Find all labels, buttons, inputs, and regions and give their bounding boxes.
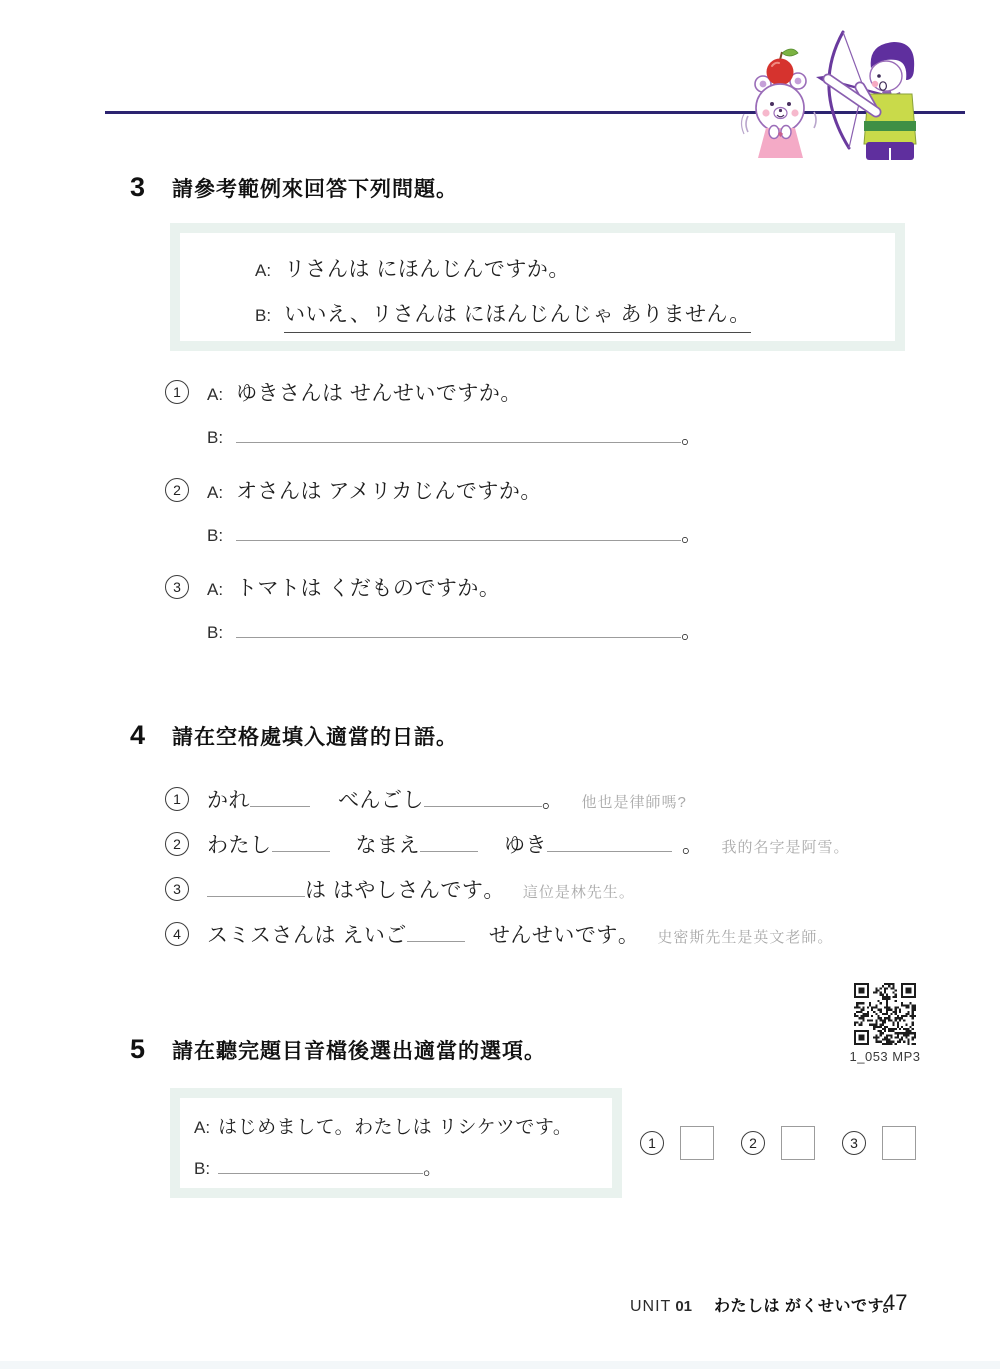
circled-number: 3 (842, 1131, 866, 1155)
answer-blank-line (236, 425, 681, 443)
speaker-a-label: A: (255, 261, 271, 281)
section3-header: 3 請參考範例來回答下列問題。 (130, 172, 458, 203)
answer-checkbox (781, 1126, 815, 1160)
section5-header: 5 請在聽完題目音檔後選出適當的選項。 (130, 1034, 546, 1065)
dialog-text: はじめまして。わたしは リシケツです。 (218, 1112, 572, 1139)
section4-header: 4 請在空格處填入適當的日語。 (130, 720, 458, 751)
answer-blank-line (218, 1156, 423, 1174)
fill-text: スミスさんは えいご (207, 919, 407, 949)
circled-number: 1 (165, 787, 189, 811)
fill-text: かれ (207, 784, 250, 814)
circled-number: 3 (165, 575, 189, 599)
chinese-hint: 我的名字是阿雪。 (722, 836, 850, 857)
bear-with-apple-illustration (742, 49, 817, 158)
speaker-b-label: B: (207, 526, 223, 546)
section3-number: 3 (130, 172, 172, 203)
section3-title: 請參考範例來回答下列問題。 (172, 173, 458, 203)
qr-label: 1_053 MP3 (840, 1049, 930, 1064)
period-mark: 。 (681, 518, 703, 548)
unit-number: 01 (675, 1298, 692, 1315)
section3-question-2: 2 A: オさんは アメリカじんですか。 B: 。 (165, 475, 725, 545)
answer-checkbox (882, 1126, 916, 1160)
period-mark: 。 (483, 874, 505, 904)
circled-number: 2 (741, 1131, 765, 1155)
fill-blank-line (272, 834, 330, 852)
fill-text: べんごし (338, 784, 424, 814)
speaker-b-label: B: (255, 306, 271, 326)
section5-title: 請在聽完題目音檔後選出適當的選項。 (172, 1035, 546, 1065)
section4-title: 請在空格處填入適當的日語。 (172, 721, 458, 751)
workbook-page: 3 請參考範例來回答下列問題。 A: リさんは にほんじんですか。 B: いいえ… (0, 0, 1000, 1369)
section5-answer-choices: 1 2 3 (640, 1126, 916, 1160)
period-mark: 。 (542, 784, 564, 814)
section3-question-1: 1 A: ゆきさんは せんせいですか。 B: 。 (165, 377, 725, 447)
speaker-a-label: A: (207, 483, 223, 503)
section4-item-3: 3 は はやしさんです 。 這位是林先生。 (165, 874, 635, 904)
speaker-b-label: B: (194, 1159, 210, 1179)
period-mark: 。 (423, 1153, 443, 1180)
section4-item-1: 1 かれ べんごし 。 他也是律師嗎? (165, 784, 687, 814)
fill-blank-line (420, 834, 478, 852)
fill-blank-line (250, 789, 310, 807)
archer-boy-illustration (816, 32, 916, 160)
fill-text: ゆき (504, 829, 547, 859)
question-text: オさんは アメリカじんですか。 (236, 475, 542, 505)
answer-blank-line (236, 620, 681, 638)
audio-qr-block: 1_053 MP3 (840, 983, 930, 1064)
page-bottom-edge (0, 1361, 1000, 1369)
qr-code (854, 983, 916, 1045)
fill-text: わたし (207, 829, 272, 859)
page-number: 47 (883, 1290, 907, 1316)
circled-number: 1 (640, 1131, 664, 1155)
chinese-hint: 史密斯先生是英文老師。 (657, 926, 833, 947)
section3-question-3: 3 A: トマトは くだものですか。 B: 。 (165, 572, 725, 642)
section4-item-2: 2 わたし なまえ ゆき 。 我的名字是阿雪。 (165, 829, 850, 859)
section3-example-box: A: リさんは にほんじんですか。 B: いいえ、リさんは にほんじんじゃ あり… (170, 223, 905, 351)
speaker-a-label: A: (207, 385, 223, 405)
circled-number: 2 (165, 478, 189, 502)
unit-label: UNIT (630, 1298, 671, 1316)
speaker-a-label: A: (207, 580, 223, 600)
circled-number: 2 (165, 832, 189, 856)
unit-title: わたしは がくせいです。 (714, 1293, 899, 1316)
fill-text: せんせいです (489, 919, 618, 949)
period-mark: 。 (618, 919, 640, 949)
circled-number: 1 (165, 380, 189, 404)
question-text: トマトは くだものですか。 (236, 572, 500, 602)
example-answer-text: いいえ、リさんは にほんじんじゃ ありません。 (284, 298, 751, 333)
period-mark: 。 (681, 420, 703, 450)
chinese-hint: 他也是律師嗎? (582, 791, 687, 812)
fill-blank-line (547, 834, 672, 852)
fill-blank-line (407, 924, 465, 942)
section4-number: 4 (130, 720, 172, 751)
circled-number: 3 (165, 877, 189, 901)
choice-3: 3 (842, 1126, 916, 1160)
question-text: ゆきさんは せんせいですか。 (236, 377, 522, 407)
section5-number: 5 (130, 1034, 172, 1065)
fill-text: は はやしさんです (305, 874, 483, 904)
answer-blank-line (236, 523, 681, 541)
speaker-a-label: A: (194, 1118, 210, 1138)
circled-number: 4 (165, 922, 189, 946)
footer: UNIT 01 わたしは がくせいです。 (630, 1293, 899, 1316)
fill-blank-line (207, 879, 305, 897)
fill-text: なまえ (356, 829, 421, 859)
choice-2: 2 (741, 1126, 815, 1160)
choice-1: 1 (640, 1126, 714, 1160)
chinese-hint: 這位是林先生。 (523, 881, 635, 902)
section4-item-4: 4 スミスさんは えいご せんせいです 。 史密斯先生是英文老師。 (165, 919, 833, 949)
speaker-b-label: B: (207, 623, 223, 643)
speaker-b-label: B: (207, 428, 223, 448)
section5-dialog-box: A: はじめまして。わたしは リシケツです。 B: 。 (170, 1088, 622, 1198)
example-question-text: リさんは にほんじんですか。 (284, 253, 570, 283)
fill-blank-line (424, 789, 542, 807)
header-illustration (736, 24, 954, 162)
answer-checkbox (680, 1126, 714, 1160)
period-mark: 。 (682, 829, 704, 859)
period-mark: 。 (681, 615, 703, 645)
